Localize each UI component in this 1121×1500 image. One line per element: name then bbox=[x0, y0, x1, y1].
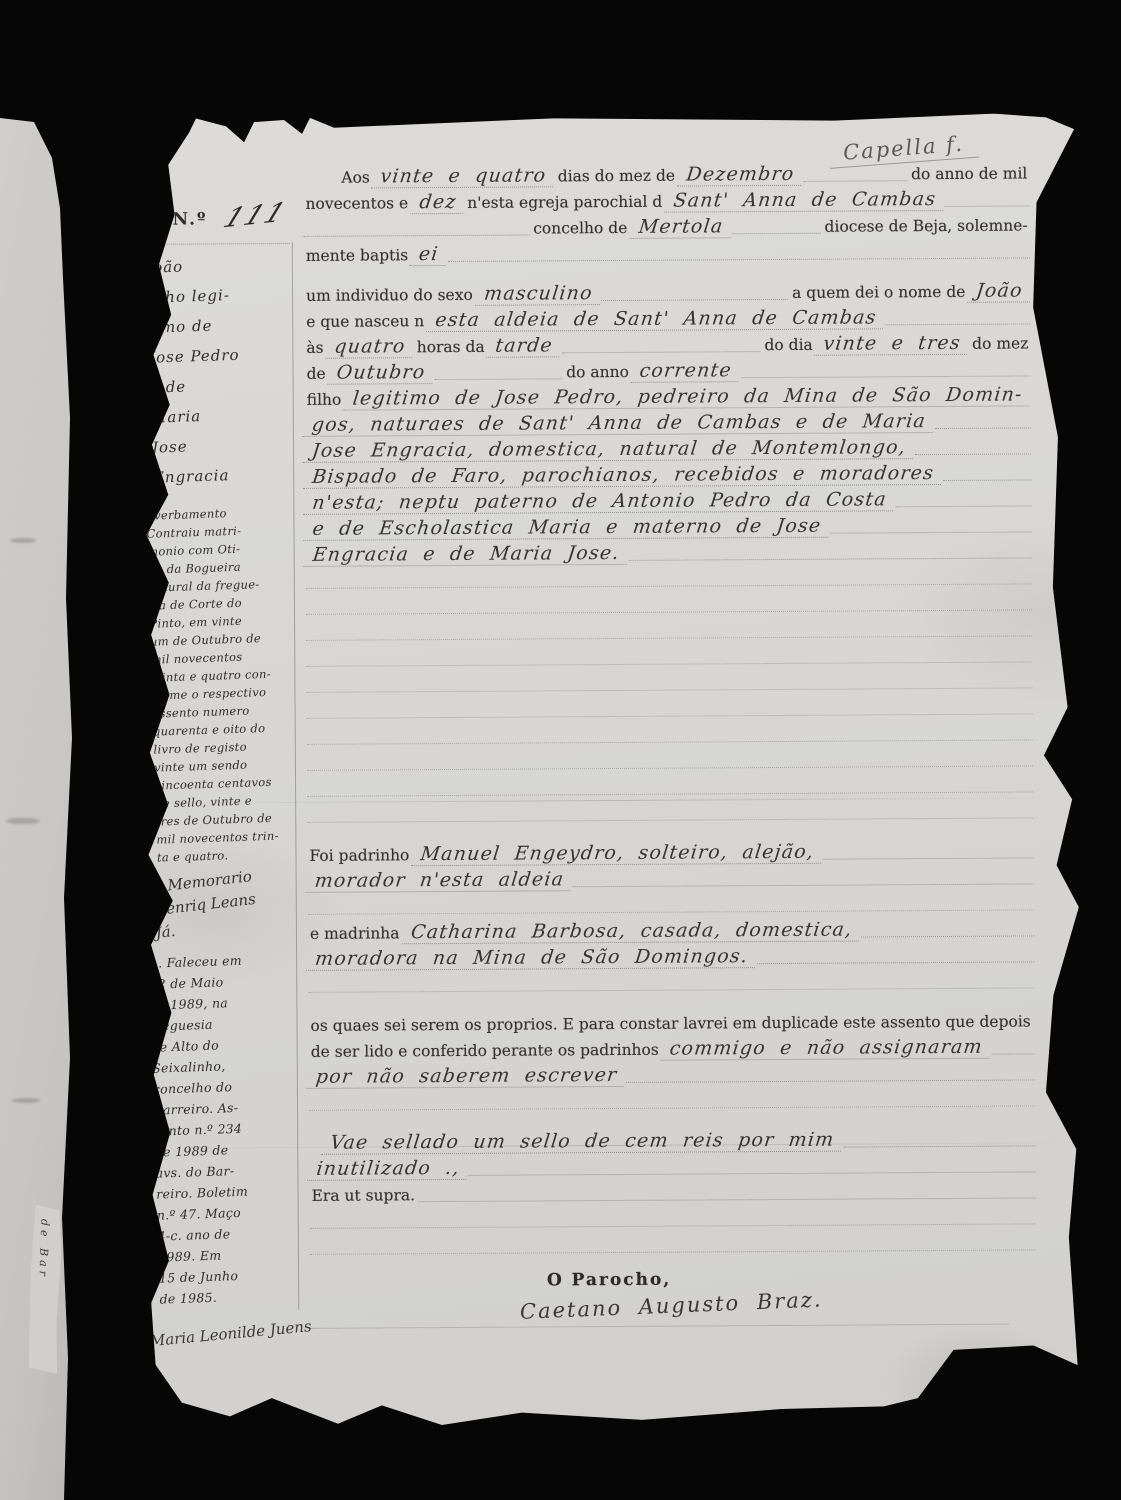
printed-form-text: às bbox=[303, 339, 326, 357]
margin-death-annotation: A. Faleceu em22 de Maiode 1989, nafregue… bbox=[148, 948, 301, 1309]
ruled-fill-line bbox=[308, 985, 1034, 992]
ruled-fill-line bbox=[307, 737, 1033, 744]
handwritten-entry: dez bbox=[410, 192, 466, 214]
ruled-fill-line bbox=[823, 855, 1034, 859]
record-number-underline bbox=[143, 243, 290, 245]
printed-form-text: do anno de mil bbox=[908, 164, 1030, 183]
printed-form-text: n'esta egreja parochial d bbox=[464, 193, 665, 212]
scanned-baptism-record: { "page": { "corner_annotation": "Capell… bbox=[0, 0, 1121, 1500]
form-line: mente baptisei bbox=[303, 237, 1031, 267]
printed-form-text: e madrinha bbox=[307, 924, 403, 943]
ruled-fill-line bbox=[992, 1051, 1035, 1054]
printed-form-text: os quaes sei serem os proprios. E para c… bbox=[307, 1012, 1033, 1034]
margin-name-note: Joãofilho legi-timo deJose Pedroe deMari… bbox=[146, 248, 296, 492]
printed-form-text: concelho de bbox=[530, 219, 630, 238]
ruled-fill-line bbox=[562, 349, 760, 353]
printed-form-text: de ser lido e conferido perante os padri… bbox=[308, 1041, 662, 1061]
margin-note-line: Jose Pedro bbox=[149, 338, 292, 373]
ruled-fill-line bbox=[306, 581, 1032, 588]
record-number-value: 111 bbox=[219, 197, 292, 234]
printed-form-text: Aos bbox=[338, 168, 373, 186]
handwritten-entry: Mertola bbox=[629, 216, 732, 239]
handwritten-entry: masculino bbox=[474, 283, 601, 306]
ruled-fill-line bbox=[803, 178, 907, 182]
printed-form-text: de bbox=[303, 365, 328, 383]
handwritten-entry: moradora na Mina de São Domingos. bbox=[306, 946, 757, 971]
ruled-fill-line bbox=[306, 607, 1032, 614]
margin-note-line: Jose bbox=[151, 428, 294, 463]
printed-form-text: do anno bbox=[563, 363, 632, 381]
margin-note-line: de 1985. bbox=[159, 1284, 302, 1310]
handwritten-entry: morador n'esta aldeia bbox=[305, 869, 573, 893]
handwritten-entry: inutilizado ., bbox=[307, 1158, 469, 1181]
ruled-fill-line bbox=[945, 203, 1030, 207]
ruled-fill-line bbox=[307, 789, 1033, 796]
margin-clerk-signature: O MemorarioHenriq LeansJá. bbox=[149, 861, 298, 945]
margin-note-line: timo de bbox=[148, 308, 291, 343]
ruled-fill-line bbox=[843, 1143, 1035, 1147]
handwritten-entry: e de Escholastica Maria e materno de Jos… bbox=[303, 516, 830, 541]
ruled-fill-line bbox=[448, 255, 1030, 262]
handwritten-entry: vinte e quatro bbox=[372, 165, 557, 188]
ruled-fill-line bbox=[434, 376, 562, 380]
ghost-ink-mark bbox=[6, 818, 40, 824]
handwritten-entry: Bispado de Faro, parochianos, recebidos … bbox=[303, 463, 943, 489]
printed-form-text: dias do mez de bbox=[555, 167, 678, 186]
ruled-fill-line bbox=[915, 451, 1031, 455]
printed-form-text: Era ut supra. bbox=[309, 1186, 419, 1205]
printed-form-text: novecentos e bbox=[302, 194, 411, 213]
margin-note-line: João bbox=[146, 248, 289, 283]
ruled-fill-line bbox=[307, 763, 1033, 770]
printed-form-text: horas da bbox=[414, 338, 488, 356]
ruled-fill-line bbox=[310, 1221, 1036, 1228]
handwritten-entry: Vae sellado um sello de cem reis por mim bbox=[321, 1130, 844, 1155]
handwritten-entry: Catharina Barbosa, casada, domestica, bbox=[401, 919, 861, 944]
blank-ruled-line bbox=[306, 797, 1034, 827]
record-number-label: N.º bbox=[173, 209, 208, 229]
margin-note-line: filho legi- bbox=[147, 278, 290, 313]
printed-form-text: e que nasceu n bbox=[303, 312, 427, 331]
ruled-fill-line bbox=[307, 815, 1033, 822]
ruled-fill-line bbox=[573, 881, 1034, 887]
printed-form-text: um individuo do sexo bbox=[303, 286, 476, 305]
handwritten-entry: Dezembro bbox=[677, 164, 804, 187]
handwritten-entry: Sant' Anna de Cambas bbox=[664, 189, 945, 213]
handwritten-entry: n'esta; neptu paterno de Antonio Pedro d… bbox=[303, 489, 896, 515]
printed-form-text: mente baptis bbox=[303, 246, 412, 265]
printed-form-text: do dia bbox=[761, 336, 815, 354]
ghost-ink-mark bbox=[12, 1098, 40, 1103]
baptism-record-page: Capella f. N.º 111 Joãofilho legi-timo d… bbox=[134, 107, 1092, 1443]
margin-note-line: e de bbox=[150, 368, 293, 403]
ruled-fill-line bbox=[741, 373, 1030, 378]
handwritten-entry: por não saberem escrever bbox=[307, 1065, 627, 1089]
ghost-ink-mark bbox=[10, 538, 36, 543]
ruled-fill-line bbox=[896, 503, 1032, 507]
handwritten-entry: Jose Engracia, domestica, natural de Mon… bbox=[303, 437, 915, 463]
margin-marriage-annotation: AverbamentoContraiu matri-monio com Oti-… bbox=[146, 502, 300, 866]
ruled-fill-line bbox=[308, 907, 1034, 914]
ruled-fill-line bbox=[629, 555, 1032, 560]
handwritten-entry: ei bbox=[410, 244, 448, 266]
printed-form-text: do mez bbox=[969, 334, 1031, 352]
printed-form-text: diocese de Beja, solemne- bbox=[821, 216, 1030, 235]
handwritten-entry: vinte e tres bbox=[814, 333, 970, 356]
ruled-fill-line bbox=[309, 1103, 1035, 1110]
handwritten-entry: Engracia e de Maria Jose. bbox=[303, 543, 628, 567]
printed-form-text: Foi padrinho bbox=[306, 846, 412, 865]
ruled-fill-line bbox=[935, 425, 1031, 429]
ruled-fill-line bbox=[419, 1195, 1036, 1202]
ruled-fill-line bbox=[830, 529, 1031, 533]
printed-form-text: filho bbox=[304, 391, 345, 409]
blank-ruled-line bbox=[308, 1085, 1036, 1115]
handwritten-entry: legitimo de Jose Pedro, pedreiro da Mina… bbox=[343, 384, 1031, 410]
ruled-fill-line bbox=[306, 685, 1032, 692]
handwritten-entry: Manuel Engeydro, solteiro, alejão, bbox=[411, 842, 823, 867]
handwritten-entry: gos, naturaes de Sant' Anna de Cambas e … bbox=[303, 411, 936, 437]
ruled-fill-line bbox=[732, 231, 821, 235]
ruled-fill-line bbox=[310, 1247, 1036, 1254]
ruled-fill-line bbox=[757, 959, 1034, 964]
blank-ruled-line bbox=[309, 1229, 1037, 1259]
record-number: N.º 111 bbox=[172, 200, 284, 232]
handwritten-entry: tarde bbox=[486, 335, 562, 357]
ruled-fill-line bbox=[304, 233, 530, 237]
margin-note-line: Engracia bbox=[152, 458, 295, 493]
ruled-fill-line bbox=[886, 321, 1031, 325]
body-lines: Aosvinte e quatrodias do mez deDezembrod… bbox=[302, 159, 1037, 1259]
printed-form-text: a quem dei o nome de bbox=[789, 283, 968, 302]
handwritten-entry: corrente bbox=[631, 360, 742, 383]
page-wrap: Capella f. N.º 111 Joãofilho legi-timo d… bbox=[134, 107, 1092, 1443]
blank-ruled-line bbox=[307, 967, 1035, 997]
ruled-fill-line bbox=[601, 297, 788, 301]
ruled-fill-line bbox=[306, 633, 1032, 640]
ruled-fill-line bbox=[626, 1077, 1035, 1082]
ruled-fill-line bbox=[943, 477, 1031, 481]
spine-fragment-text: de Bar bbox=[36, 1219, 51, 1280]
ruled-fill-line bbox=[861, 933, 1034, 937]
ruled-fill-line bbox=[469, 1169, 1036, 1175]
handwritten-entry: quatro bbox=[325, 336, 415, 359]
ruled-fill-line bbox=[307, 711, 1033, 718]
handwritten-entry: Outubro bbox=[327, 362, 434, 385]
handwritten-entry: João bbox=[967, 280, 1032, 302]
ruled-fill-line bbox=[306, 659, 1032, 666]
handwritten-entry: commigo e não assignaram bbox=[661, 1037, 993, 1061]
handwritten-entry: esta aldeia de Sant' Anna de Cambas bbox=[426, 307, 886, 332]
margin-note-line: Maria bbox=[151, 398, 294, 433]
